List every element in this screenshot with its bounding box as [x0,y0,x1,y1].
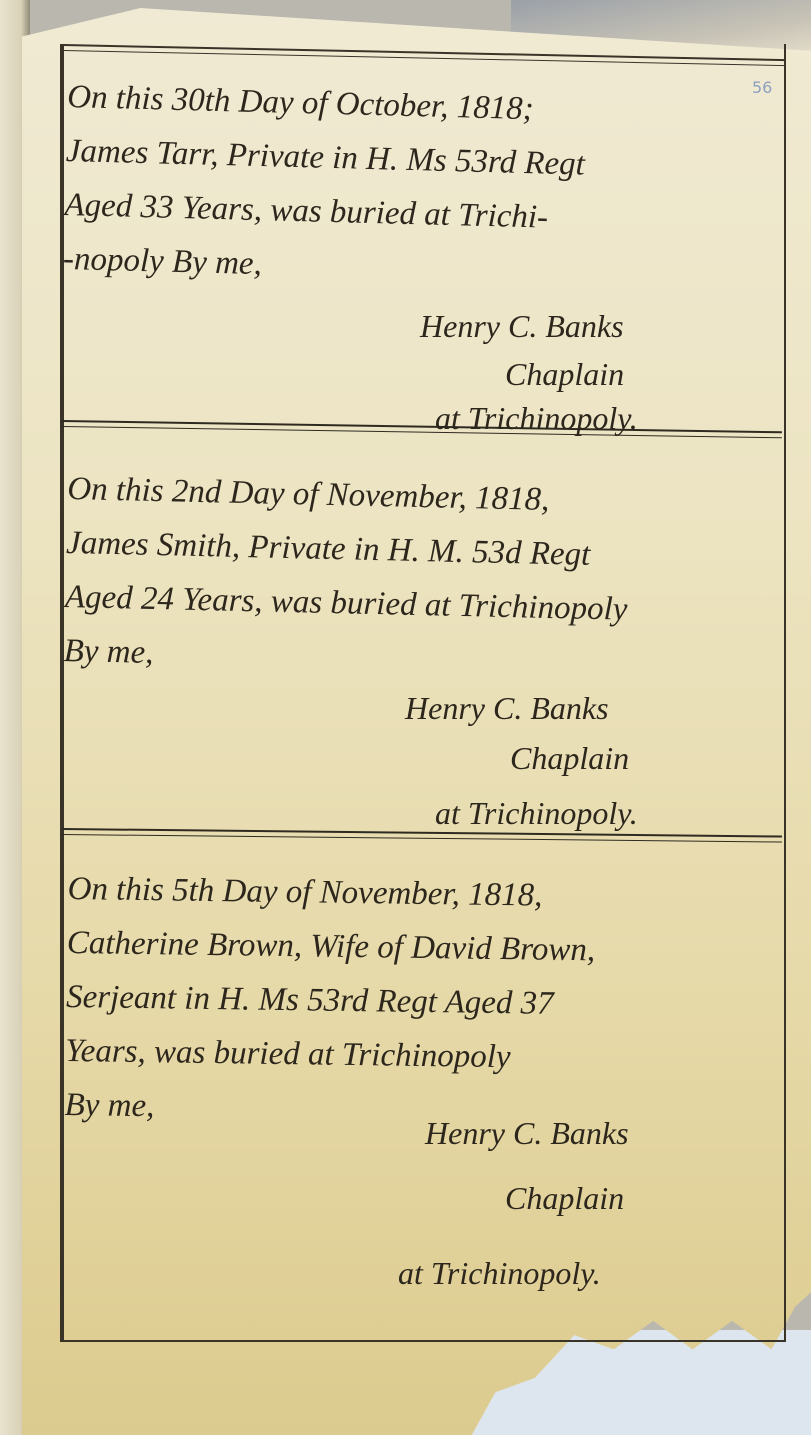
entry-1-signature-name: Henry C. Banks [420,308,624,345]
entry-3-line-3: Serjeant in H. Ms 53rd Regt Aged 37 [66,970,777,1034]
entry-2-signature-title: Chaplain [510,740,629,777]
entry-1-signature-title: Chaplain [505,356,624,393]
entry-3-signature-place: at Trichinopoly. [398,1255,601,1292]
entry-2-signature-place: at Trichinopoly. [435,795,638,832]
entry-3-line-5: By me, [64,1078,775,1142]
entry-3-signature-name: Henry C. Banks [425,1115,629,1152]
entry-3-line-1: On this 5th Day of November, 1818, [67,862,778,926]
burial-entry-1: On this 30th Day of October, 1818; James… [62,70,777,305]
burial-entry-3: On this 5th Day of November, 1818, Cathe… [64,862,778,1142]
entry-1-signature-place: at Trichinopoly. [435,400,638,437]
burial-entry-2: On this 2nd Day of November, 1818, James… [63,462,778,694]
entry-3-line-4: Years, was buried at Trichinopoly [65,1024,776,1088]
entry-2-signature-name: Henry C. Banks [405,690,609,727]
entry-3-line-2: Catherine Brown, Wife of David Brown, [66,916,777,980]
entry-3-signature-title: Chaplain [505,1180,624,1217]
